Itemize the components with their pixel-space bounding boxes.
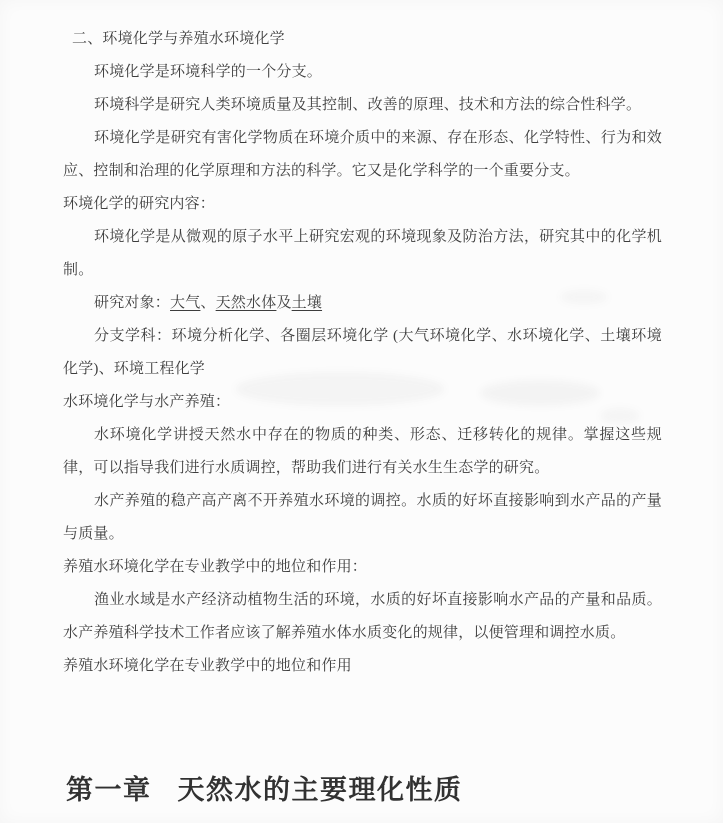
research-object-atmosphere: 大气: [170, 295, 200, 311]
chapter-number: 第一章: [66, 775, 152, 805]
chapter-heading: 第一章天然水的主要理化性质: [66, 770, 463, 810]
para-research-objects: 研究对象：大气、天然水体及土壤: [63, 287, 662, 320]
document-body: 二、环境化学与养殖水环境化学 环境化学是环境科学的一个分支。 环境科学是研究人类…: [63, 23, 662, 683]
research-objects-separator: 、: [200, 295, 215, 311]
para-env-chem-def: 环境化学是研究有害化学物质在环境介质中的来源、存在形态、化学特性、行为和效应、控…: [63, 122, 662, 188]
research-object-soil: 土壤: [292, 295, 322, 311]
para-role-in-teaching-repeat: 养殖水环境化学在专业教学中的地位和作用: [63, 650, 662, 683]
para-env-chem-branch: 环境化学是环境科学的一个分支。: [63, 56, 662, 89]
para-branch-disciplines: 分支学科：环境分析化学、各圈层环境化学 (大气环境化学、水环境化学、土壤环境化学…: [63, 320, 662, 386]
section-title: 二、环境化学与养殖水环境化学: [63, 23, 662, 56]
para-water-chem-teaches: 水环境化学讲授天然水中存在的物质的种类、形态、迁移转化的规律。掌握这些规律，可以…: [63, 419, 662, 485]
research-object-natural-water: 天然水体: [216, 295, 277, 311]
para-env-science-def: 环境科学是研究人类环境质量及其控制、改善的原理、技术和方法的综合性科学。: [63, 89, 662, 122]
para-research-content: 环境化学是从微观的原子水平上研究宏观的环境现象及防治方法，研究其中的化学机制。: [63, 221, 662, 287]
heading-research-content: 环境化学的研究内容：: [63, 188, 662, 221]
research-objects-label: 研究对象：: [94, 295, 170, 311]
para-fishery-waters: 渔业水域是水产经济动植物生活的环境，水质的好坏直接影响水产品的产量和品质。水产养…: [63, 584, 662, 650]
heading-role-in-teaching: 养殖水环境化学在专业教学中的地位和作用：: [63, 551, 662, 584]
chapter-title: 天然水的主要理化性质: [178, 775, 463, 805]
heading-water-chem-aquaculture: 水环境化学与水产养殖：: [63, 386, 662, 419]
research-objects-conjunction: 及: [276, 295, 291, 311]
para-aquaculture-yield: 水产养殖的稳产高产离不开养殖水环境的调控。水质的好坏直接影响到水产品的产量与质量…: [63, 485, 662, 551]
scanned-document-page: 二、环境化学与养殖水环境化学 环境化学是环境科学的一个分支。 环境科学是研究人类…: [0, 0, 723, 823]
